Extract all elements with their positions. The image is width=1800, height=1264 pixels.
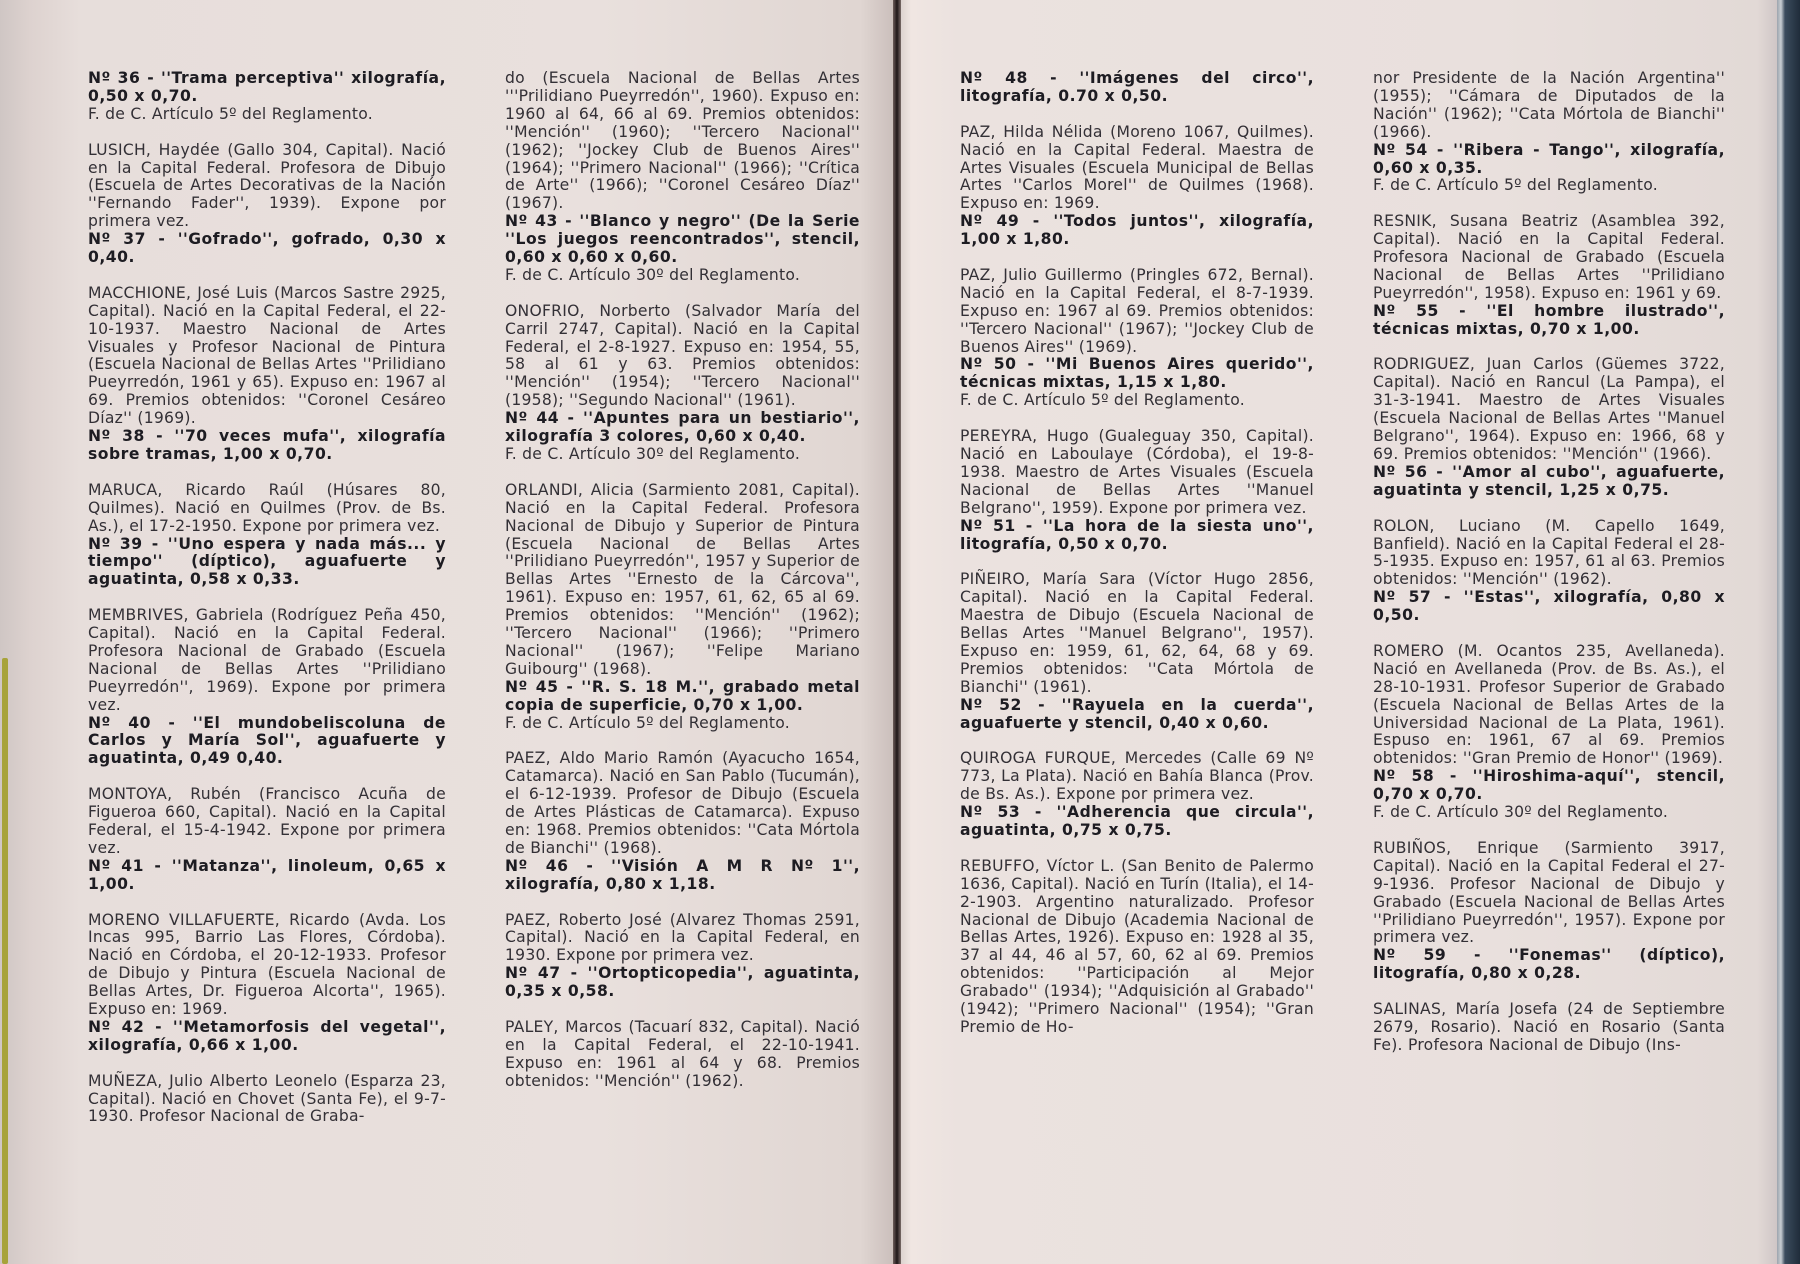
catalogue-work: Nº 55 - ''El hombre ilustrado'', técnica…: [1373, 303, 1725, 339]
artist-bio: MACCHIONE, José Luis (Marcos Sastre 2925…: [88, 285, 446, 428]
artist-bio: nor Presidente de la Nación Argentina'' …: [1373, 70, 1725, 142]
artist-bio: MORENO VILLAFUERTE, Ricardo (Avda. Los I…: [88, 912, 446, 1019]
artist-bio: PAEZ, Roberto José (Alvarez Thomas 2591,…: [505, 912, 860, 966]
artist-bio: MONTOYA, Rubén (Francisco Acuña de Figue…: [88, 786, 446, 858]
artist-entry: MUÑEZA, Julio Alberto Leonelo (Esparza 2…: [88, 1073, 446, 1127]
artist-entry: do (Escuela Nacional de Bellas Artes '''…: [505, 70, 860, 285]
catalogue-work: Nº 49 - ''Todos juntos'', xilografía, 1,…: [960, 213, 1314, 249]
regulation-note: F. de C. Artículo 30º del Reglamento.: [1373, 804, 1725, 822]
regulation-note: F. de C. Artículo 30º del Reglamento.: [505, 267, 860, 285]
catalogue-work: Nº 51 - ''La hora de la siesta uno'', li…: [960, 518, 1314, 554]
artist-entry: ROLON, Luciano (M. Capello 1649, Banfiel…: [1373, 518, 1725, 625]
artist-entry: MEMBRIVES, Gabriela (Rodríguez Peña 450,…: [88, 607, 446, 768]
artist-bio: ORLANDI, Alicia (Sarmiento 2081, Capital…: [505, 482, 860, 679]
text-column-1: Nº 36 - ''Trama perceptiva'' xilografía,…: [88, 70, 446, 1144]
artist-entry: RUBIÑOS, Enrique (Sarmiento 3917, Capita…: [1373, 840, 1725, 983]
book-spine: [893, 0, 901, 1264]
regulation-note: F. de C. Artículo 5º del Reglamento.: [1373, 177, 1725, 195]
artist-entry: PEREYRA, Hugo (Gualeguay 350, Capital). …: [960, 428, 1314, 553]
regulation-note: F. de C. Artículo 5º del Reglamento.: [88, 106, 446, 124]
catalogue-work: Nº 47 - ''Ortopticopedia'', aguatinta, 0…: [505, 965, 860, 1001]
artist-bio: SALINAS, María Josefa (24 de Septiembre …: [1373, 1001, 1725, 1055]
artist-bio: RODRIGUEZ, Juan Carlos (Güemes 3722, Cap…: [1373, 356, 1725, 463]
artist-bio: ONOFRIO, Norberto (Salvador María del Ca…: [505, 303, 860, 410]
artist-bio: ROLON, Luciano (M. Capello 1649, Banfiel…: [1373, 518, 1725, 590]
catalogue-work: Nº 48 - ''Imágenes del circo'', litograf…: [960, 70, 1314, 106]
catalogue-work: Nº 46 - ''Visión A M R Nº 1'', xilografí…: [505, 858, 860, 894]
artist-bio: ROMERO (M. Ocantos 235, Avellaneda). Nac…: [1373, 643, 1725, 768]
catalogue-work: Nº 56 - ''Amor al cubo'', aguafuerte, ag…: [1373, 464, 1725, 500]
artist-bio: PAZ, Hilda Nélida (Moreno 1067, Quilmes)…: [960, 124, 1314, 214]
catalogue-work: Nº 57 - ''Estas'', xilografía, 0,80 x 0,…: [1373, 589, 1725, 625]
catalogue-work: Nº 37 - ''Gofrado'', gofrado, 0,30 x 0,4…: [88, 231, 446, 267]
catalogue-work: Nº 36 - ''Trama perceptiva'' xilografía,…: [88, 70, 446, 106]
catalogue-work: Nº 54 - ''Ribera - Tango'', xilografía, …: [1373, 142, 1725, 178]
artist-bio: QUIROGA FURQUE, Mercedes (Calle 69 Nº 77…: [960, 750, 1314, 804]
artist-entry: nor Presidente de la Nación Argentina'' …: [1373, 70, 1725, 195]
page-edge-mark: [2, 658, 8, 1264]
regulation-note: F. de C. Artículo 30º del Reglamento.: [505, 446, 860, 464]
catalogue-work: Nº 58 - ''Hiroshima-aquí'', stencil, 0,7…: [1373, 768, 1725, 804]
catalogue-work: Nº 43 - ''Blanco y negro'' (De la Serie …: [505, 213, 860, 267]
artist-entry: ORLANDI, Alicia (Sarmiento 2081, Capital…: [505, 482, 860, 733]
artist-bio: RUBIÑOS, Enrique (Sarmiento 3917, Capita…: [1373, 840, 1725, 947]
catalogue-work: Nº 40 - ''El mundobeliscoluna de Carlos …: [88, 715, 446, 769]
catalogue-work: Nº 39 - ''Uno espera y nada más... y tie…: [88, 536, 446, 590]
catalogue-work: Nº 42 - ''Metamorfosis del vegetal'', xi…: [88, 1019, 446, 1055]
artist-entry: MARUCA, Ricardo Raúl (Húsares 80, Quilme…: [88, 482, 446, 589]
artist-entry: PAEZ, Aldo Mario Ramón (Ayacucho 1654, C…: [505, 750, 860, 893]
catalogue-work: Nº 41 - ''Matanza'', linoleum, 0,65 x 1,…: [88, 858, 446, 894]
catalogue-work: Nº 59 - ''Fonemas'' (díptico), litografí…: [1373, 947, 1725, 983]
artist-bio: MEMBRIVES, Gabriela (Rodríguez Peña 450,…: [88, 607, 446, 714]
artist-bio: RESNIK, Susana Beatriz (Asamblea 392, Ca…: [1373, 213, 1725, 303]
artist-entry: RODRIGUEZ, Juan Carlos (Güemes 3722, Cap…: [1373, 356, 1725, 499]
artist-bio: PALEY, Marcos (Tacuarí 832, Capital). Na…: [505, 1019, 860, 1091]
artist-entry: PAEZ, Roberto José (Alvarez Thomas 2591,…: [505, 912, 860, 1002]
artist-entry: SALINAS, María Josefa (24 de Septiembre …: [1373, 1001, 1725, 1055]
artist-entry: PAZ, Hilda Nélida (Moreno 1067, Quilmes)…: [960, 124, 1314, 249]
artist-entry: LUSICH, Haydée (Gallo 304, Capital). Nac…: [88, 142, 446, 267]
text-column-2: do (Escuela Nacional de Bellas Artes '''…: [505, 70, 860, 1108]
artist-bio: PIÑEIRO, María Sara (Víctor Hugo 2856, C…: [960, 571, 1314, 696]
artist-entry: ROMERO (M. Ocantos 235, Avellaneda). Nac…: [1373, 643, 1725, 822]
text-column-4: nor Presidente de la Nación Argentina'' …: [1373, 70, 1725, 1073]
text-column-3: Nº 48 - ''Imágenes del circo'', litograf…: [960, 70, 1314, 1055]
artist-bio: REBUFFO, Víctor L. (San Benito de Palerm…: [960, 858, 1314, 1037]
artist-entry: MONTOYA, Rubén (Francisco Acuña de Figue…: [88, 786, 446, 893]
regulation-note: F. de C. Artículo 5º del Reglamento.: [505, 715, 860, 733]
catalogue-work: Nº 45 - ''R. S. 18 M.'', grabado metal c…: [505, 679, 860, 715]
artist-entry: MORENO VILLAFUERTE, Ricardo (Avda. Los I…: [88, 912, 446, 1055]
artist-bio: MARUCA, Ricardo Raúl (Húsares 80, Quilme…: [88, 482, 446, 536]
catalogue-work: Nº 52 - ''Rayuela en la cuerda'', aguafu…: [960, 697, 1314, 733]
artist-entry: RESNIK, Susana Beatriz (Asamblea 392, Ca…: [1373, 213, 1725, 338]
artist-entry: PALEY, Marcos (Tacuarí 832, Capital). Na…: [505, 1019, 860, 1091]
artist-entry: Nº 48 - ''Imágenes del circo'', litograf…: [960, 70, 1314, 106]
regulation-note: F. de C. Artículo 5º del Reglamento.: [960, 392, 1314, 410]
catalogue-work: Nº 50 - ''Mi Buenos Aires querido'', téc…: [960, 356, 1314, 392]
artist-entry: Nº 36 - ''Trama perceptiva'' xilografía,…: [88, 70, 446, 124]
artist-bio: PAEZ, Aldo Mario Ramón (Ayacucho 1654, C…: [505, 750, 860, 857]
artist-bio: PEREYRA, Hugo (Gualeguay 350, Capital). …: [960, 428, 1314, 518]
artist-bio: MUÑEZA, Julio Alberto Leonelo (Esparza 2…: [88, 1073, 446, 1127]
catalogue-work: Nº 38 - ''70 veces mufa'', xilografía so…: [88, 428, 446, 464]
artist-bio: LUSICH, Haydée (Gallo 304, Capital). Nac…: [88, 142, 446, 232]
artist-entry: MACCHIONE, José Luis (Marcos Sastre 2925…: [88, 285, 446, 464]
book-cover-edge: [1777, 0, 1800, 1264]
catalogue-work: Nº 44 - ''Apuntes para un bestiario'', x…: [505, 410, 860, 446]
artist-bio: PAZ, Julio Guillermo (Pringles 672, Bern…: [960, 267, 1314, 357]
artist-entry: PAZ, Julio Guillermo (Pringles 672, Bern…: [960, 267, 1314, 410]
artist-bio: do (Escuela Nacional de Bellas Artes '''…: [505, 70, 860, 213]
artist-entry: ONOFRIO, Norberto (Salvador María del Ca…: [505, 303, 860, 464]
catalogue-work: Nº 53 - ''Adherencia que circula'', agua…: [960, 804, 1314, 840]
artist-entry: QUIROGA FURQUE, Mercedes (Calle 69 Nº 77…: [960, 750, 1314, 840]
artist-entry: REBUFFO, Víctor L. (San Benito de Palerm…: [960, 858, 1314, 1037]
artist-entry: PIÑEIRO, María Sara (Víctor Hugo 2856, C…: [960, 571, 1314, 732]
